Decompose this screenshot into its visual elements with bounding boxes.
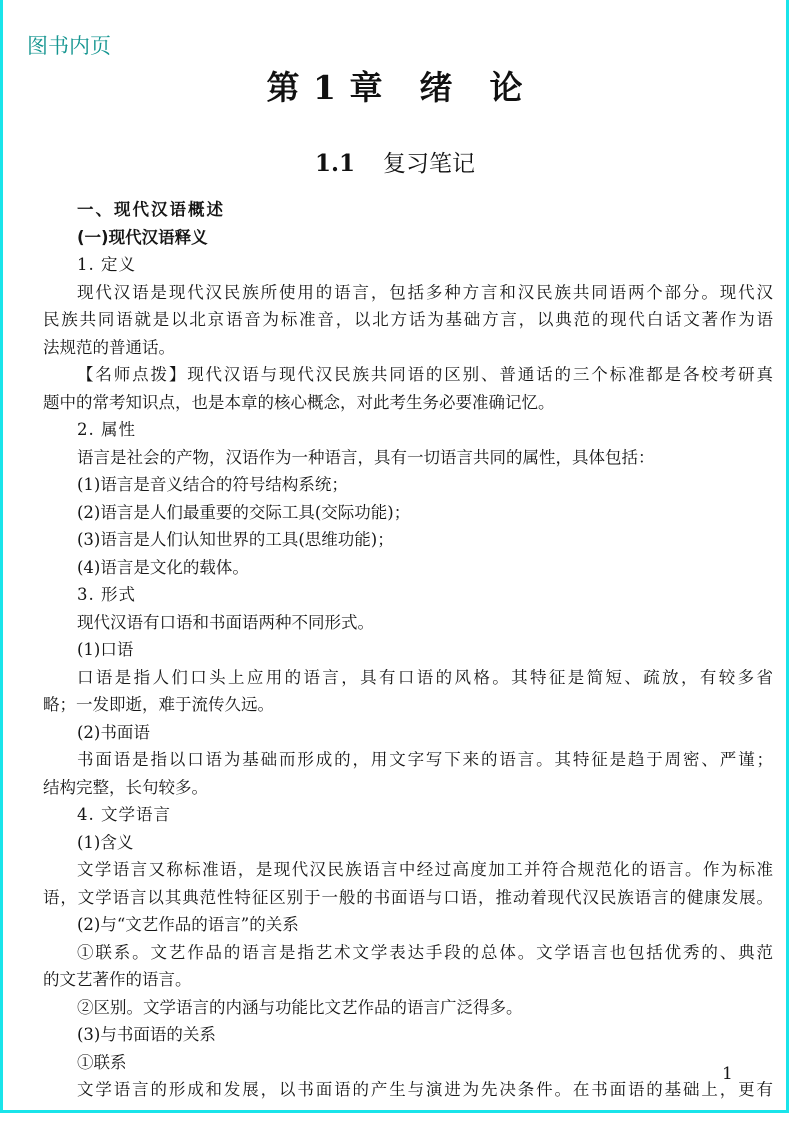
text-line: (3)语言是人们认知世界的工具(思维功能)；: [43, 526, 773, 554]
heading-line: 4. 文学语言: [43, 801, 773, 829]
text-line: ①联系: [43, 1049, 773, 1077]
text-line: 文学语言的形成和发展，以书面语的产生与演进为先决条件。在书面语的基础上，更有: [43, 1076, 773, 1104]
text-line: 略；一发即逝，难于流传久远。: [43, 691, 773, 719]
section-number: 1.1: [315, 150, 355, 177]
book-page: 图书内页 第 1 章绪论 1.1复习笔记 一、现代汉语概述(一)现代汉语释义1.…: [0, 0, 790, 1123]
heading-line: 一、现代汉语概述: [43, 196, 773, 224]
book-page-tag: 图书内页: [27, 30, 111, 60]
text-line: ②区别。文学语言的内涵与功能比文艺作品的语言广泛得多。: [43, 994, 773, 1022]
heading-line: 2. 属性: [43, 416, 773, 444]
text-line: 口语是指人们口头上应用的语言，具有口语的风格。其特征是简短、疏放，有较多省: [43, 664, 773, 692]
text-line: 现代汉语是现代汉民族所使用的语言，包括多种方言和汉民族共同语两个部分。现代汉: [43, 279, 773, 307]
section-title-text: 复习笔记: [383, 151, 475, 177]
heading-line: (一)现代汉语释义: [43, 224, 773, 252]
text-line: 的文艺著作的语言。: [43, 966, 773, 994]
text-line: (1)含义: [43, 829, 773, 857]
chapter-title-char-2: 论: [489, 68, 523, 107]
heading-line: 3. 形式: [43, 581, 773, 609]
text-line: 书面语是指以口语为基础而形成的，用文字写下来的语言。其特征是趋于周密、严谨；: [43, 746, 773, 774]
text-line: (2)与“文艺作品的语言”的关系: [43, 911, 773, 939]
chapter-number: 第 1 章: [267, 68, 384, 107]
text-line: (4)语言是文化的载体。: [43, 554, 773, 582]
text-line: (3)与书面语的关系: [43, 1021, 773, 1049]
text-line: (1)口语: [43, 636, 773, 664]
chapter-title: 第 1 章绪论: [0, 62, 790, 109]
text-line: 法规范的普通话。: [43, 334, 773, 362]
text-line: 结构完整，长句较多。: [43, 774, 773, 802]
text-line: 语言是社会的产物，汉语作为一种语言，具有一切语言共同的属性，具体包括：: [43, 444, 773, 472]
page-border-bottom: [0, 1110, 789, 1113]
heading-line: 1. 定义: [43, 251, 773, 279]
text-line: 语，文学语言以其典范性特征区别于一般的书面语与口语，推动着现代汉民族语言的健康发…: [43, 884, 773, 912]
text-line: (2)书面语: [43, 719, 773, 747]
chapter-title-char-1: 绪: [419, 68, 453, 107]
text-line: 题中的常考知识点，也是本章的核心概念，对此考生务必要准确记忆。: [43, 389, 773, 417]
text-line: (2)语言是人们最重要的交际工具(交际功能)；: [43, 499, 773, 527]
text-line: (1)语言是音义结合的符号结构系统；: [43, 471, 773, 499]
section-title: 1.1复习笔记: [0, 145, 790, 178]
body-text: 一、现代汉语概述(一)现代汉语释义1. 定义现代汉语是现代汉民族所使用的语言，包…: [43, 196, 773, 1104]
text-line: ①联系。文艺作品的语言是指艺术文学表达手段的总体。文学语言也包括优秀的、典范: [43, 939, 773, 967]
text-line: 现代汉语有口语和书面语两种不同形式。: [43, 609, 773, 637]
page-number: 1: [722, 1064, 733, 1084]
text-line: 民族共同语就是以北京语音为标准音，以北方话为基础方言，以典范的现代白话文著作为语: [43, 306, 773, 334]
text-line: 文学语言又称标准语，是现代汉民族语言中经过高度加工并符合规范化的语言。作为标准: [43, 856, 773, 884]
text-line: 【名师点拨】现代汉语与现代汉民族共同语的区别、普通话的三个标准都是各校考研真: [43, 361, 773, 389]
